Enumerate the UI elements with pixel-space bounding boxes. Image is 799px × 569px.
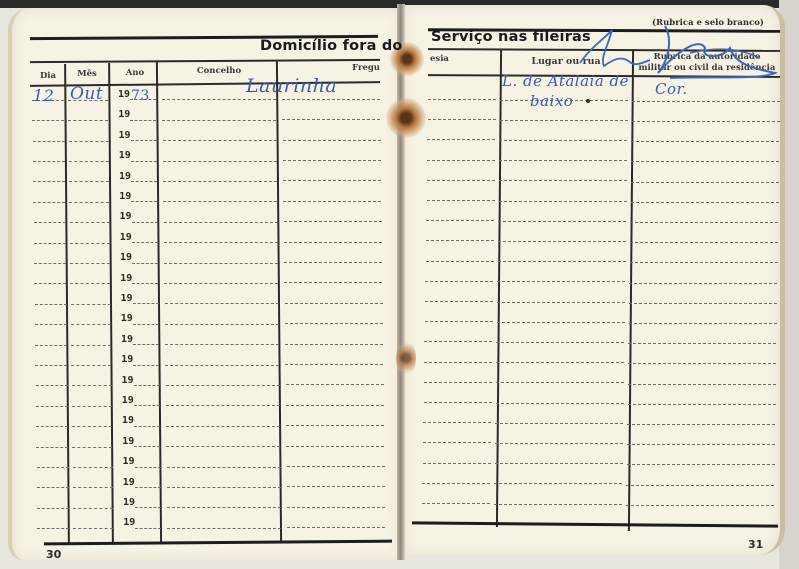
- year-prefix: 19: [123, 456, 135, 467]
- year-prefix: 19: [121, 293, 133, 304]
- row-dotted-line: [133, 365, 159, 366]
- year-prefix: 19: [122, 415, 134, 426]
- row-dotted-line: [71, 304, 111, 305]
- right-page-number: 31: [748, 538, 763, 551]
- row-dotted-line: [135, 467, 161, 468]
- row-dotted-line: [627, 444, 775, 445]
- row-dotted-line: [73, 487, 113, 488]
- row-dotted-line: [425, 301, 493, 302]
- row-dotted-line: [165, 344, 279, 345]
- row-dotted-line: [34, 283, 66, 284]
- row-dotted-line: [423, 422, 491, 423]
- row-dotted-line: [71, 324, 111, 325]
- row-dotted-line: [33, 141, 65, 142]
- row-dotted-line: [427, 160, 495, 161]
- row-dotted-line: [73, 508, 113, 509]
- row-dotted-line: [35, 324, 67, 325]
- row-dotted-line: [286, 405, 384, 406]
- row-dotted-line: [131, 140, 157, 141]
- left-page-number: 30: [46, 548, 61, 561]
- row-dotted-line: [283, 201, 381, 202]
- row-dotted-line: [167, 507, 281, 508]
- year-prefix: 19: [123, 497, 135, 508]
- row-dotted-line: [496, 342, 624, 343]
- row-dotted-line: [627, 424, 775, 425]
- row-dotted-line: [163, 140, 277, 141]
- row-dotted-line: [496, 403, 624, 404]
- row-dotted-line: [425, 321, 493, 322]
- row-dotted-line: [287, 527, 385, 528]
- row-dotted-line: [36, 447, 68, 448]
- row-dotted-line: [72, 447, 112, 448]
- year-prefix: 19: [122, 395, 134, 406]
- row-dotted-line: [631, 182, 779, 183]
- row-dotted-line: [134, 385, 160, 386]
- row-dotted-line: [166, 446, 280, 447]
- row-dotted-line: [35, 304, 67, 305]
- row-dotted-line: [628, 363, 776, 364]
- year-prefix: 19: [123, 477, 135, 488]
- row-dotted-line: [131, 161, 157, 162]
- year-prefix: 19: [122, 436, 134, 447]
- row-dotted-line: [284, 221, 382, 222]
- year-prefix: 19: [118, 89, 130, 100]
- row-dotted-line: [495, 463, 623, 464]
- row-dotted-line: [132, 222, 158, 223]
- year-prefix: 19: [120, 232, 132, 243]
- row-dotted-line: [499, 140, 627, 141]
- row-dotted-line: [162, 99, 276, 100]
- row-dotted-line: [165, 303, 279, 304]
- column-header-mes: Mês: [66, 69, 108, 79]
- row-dotted-line: [71, 365, 111, 366]
- row-dotted-line: [497, 281, 625, 282]
- year-prefix: 19: [121, 354, 133, 365]
- year-prefix: 19: [119, 150, 131, 161]
- row-dotted-line: [499, 180, 627, 181]
- row-dotted-line: [422, 503, 490, 504]
- entry-ano-suffix: 73: [131, 88, 150, 104]
- row-dotted-line: [282, 99, 380, 100]
- entry-mes: Out: [70, 84, 103, 104]
- row-dotted-line: [428, 119, 496, 120]
- row-dotted-line: [162, 120, 276, 121]
- year-prefix: 19: [121, 334, 133, 345]
- row-dotted-line: [70, 283, 110, 284]
- row-dotted-line: [498, 221, 626, 222]
- row-dotted-line: [284, 262, 382, 263]
- row-dotted-line: [494, 504, 622, 505]
- row-dotted-line: [422, 483, 490, 484]
- row-dotted-line: [70, 222, 110, 223]
- row-dotted-line: [423, 463, 491, 464]
- row-dotted-line: [70, 263, 110, 264]
- row-dotted-line: [629, 323, 777, 324]
- row-dotted-line: [631, 161, 779, 162]
- row-dotted-line: [36, 426, 68, 427]
- row-dotted-line: [631, 202, 779, 203]
- row-dotted-line: [69, 161, 109, 162]
- row-dotted-line: [72, 385, 112, 386]
- row-dotted-line: [628, 343, 776, 344]
- row-dotted-line: [69, 181, 109, 182]
- row-dotted-line: [627, 464, 775, 465]
- row-dotted-line: [163, 201, 277, 202]
- row-dotted-line: [287, 466, 385, 467]
- row-dotted-line: [164, 283, 278, 284]
- book-spine: [397, 4, 405, 560]
- row-dotted-line: [285, 364, 383, 365]
- row-dotted-line: [34, 263, 66, 264]
- row-dotted-line: [630, 262, 778, 263]
- ink-dot: [586, 99, 590, 103]
- row-dotted-line: [164, 263, 278, 264]
- row-dotted-line: [37, 467, 69, 468]
- row-dotted-line: [133, 303, 159, 304]
- row-dotted-line: [426, 240, 494, 241]
- row-dotted-line: [37, 528, 69, 529]
- row-dotted-line: [165, 365, 279, 366]
- row-dotted-line: [166, 385, 280, 386]
- row-dotted-line: [163, 161, 277, 162]
- row-dotted-line: [629, 283, 777, 284]
- row-dotted-line: [498, 241, 626, 242]
- row-dotted-line: [130, 120, 156, 121]
- row-dotted-line: [496, 382, 624, 383]
- row-dotted-line: [70, 243, 110, 244]
- row-dotted-line: [283, 140, 381, 141]
- row-dotted-line: [69, 202, 109, 203]
- row-dotted-line: [163, 181, 277, 182]
- row-dotted-line: [132, 242, 158, 243]
- row-dotted-line: [132, 263, 158, 264]
- row-dotted-line: [424, 382, 492, 383]
- row-dotted-line: [134, 446, 160, 447]
- signature-icon: [560, 18, 790, 98]
- row-dotted-line: [69, 141, 109, 142]
- year-prefix: 19: [119, 191, 131, 202]
- row-dotted-line: [283, 160, 381, 161]
- row-dotted-line: [166, 426, 280, 427]
- row-dotted-line: [134, 426, 160, 427]
- row-dotted-line: [285, 323, 383, 324]
- row-dotted-line: [628, 404, 776, 405]
- row-dotted-line: [287, 507, 385, 508]
- row-dotted-line: [73, 528, 113, 529]
- row-dotted-line: [32, 120, 64, 121]
- row-dotted-line: [626, 505, 774, 506]
- row-dotted-line: [424, 402, 492, 403]
- row-dotted-line: [164, 222, 278, 223]
- row-dotted-line: [628, 384, 776, 385]
- row-dotted-line: [37, 487, 69, 488]
- year-prefix: 19: [122, 375, 134, 386]
- row-dotted-line: [33, 181, 65, 182]
- row-dotted-line: [423, 442, 491, 443]
- row-dotted-line: [427, 180, 495, 181]
- row-dotted-line: [164, 242, 278, 243]
- rust-stain-icon: [396, 340, 416, 376]
- column-header-freguesia-cont: esia: [430, 54, 460, 64]
- row-dotted-line: [284, 242, 382, 243]
- row-dotted-line: [632, 121, 780, 122]
- row-dotted-line: [424, 362, 492, 363]
- row-dotted-line: [135, 507, 161, 508]
- row-dotted-line: [131, 181, 157, 182]
- year-prefix: 19: [119, 130, 131, 141]
- row-dotted-line: [632, 101, 780, 102]
- row-dotted-line: [286, 425, 384, 426]
- row-dotted-line: [35, 365, 67, 366]
- row-dotted-line: [33, 202, 65, 203]
- row-dotted-line: [72, 426, 112, 427]
- row-dotted-line: [497, 322, 625, 323]
- row-dotted-line: [424, 341, 492, 342]
- row-dotted-line: [134, 405, 160, 406]
- row-dotted-line: [425, 281, 493, 282]
- row-dotted-line: [72, 406, 112, 407]
- row-dotted-line: [37, 508, 69, 509]
- year-prefix: 19: [119, 171, 131, 182]
- row-dotted-line: [286, 384, 384, 385]
- row-dotted-line: [284, 282, 382, 283]
- row-dotted-line: [36, 385, 68, 386]
- entry-concelho: Laurinha: [246, 75, 337, 97]
- row-dotted-line: [428, 99, 496, 100]
- row-dotted-line: [135, 528, 161, 529]
- row-dotted-line: [495, 423, 623, 424]
- row-dotted-line: [286, 446, 384, 447]
- row-dotted-line: [133, 344, 159, 345]
- year-prefix: 19: [118, 109, 130, 120]
- year-prefix: 19: [123, 517, 135, 528]
- row-dotted-line: [494, 483, 622, 484]
- row-dotted-line: [499, 160, 627, 161]
- entry-dia: 12: [33, 86, 54, 105]
- row-dotted-line: [427, 200, 495, 201]
- row-dotted-line: [135, 487, 161, 488]
- row-dotted-line: [131, 201, 157, 202]
- row-dotted-line: [497, 302, 625, 303]
- column-header-dia: Dia: [30, 71, 66, 81]
- year-prefix: 19: [120, 252, 132, 263]
- row-dotted-line: [499, 201, 627, 202]
- row-dotted-line: [166, 405, 280, 406]
- row-dotted-line: [496, 362, 624, 363]
- row-dotted-line: [500, 120, 628, 121]
- left-section-title: Domicílio fora do: [260, 38, 403, 54]
- row-dotted-line: [36, 406, 68, 407]
- row-dotted-line: [34, 222, 66, 223]
- row-dotted-line: [68, 120, 108, 121]
- row-dotted-line: [630, 222, 778, 223]
- row-dotted-line: [133, 324, 159, 325]
- row-dotted-line: [426, 220, 494, 221]
- row-dotted-line: [167, 467, 281, 468]
- row-dotted-line: [631, 141, 779, 142]
- year-prefix: 19: [120, 273, 132, 284]
- row-dotted-line: [630, 242, 778, 243]
- year-prefix: 19: [120, 211, 132, 222]
- row-dotted-line: [285, 303, 383, 304]
- row-dotted-line: [165, 324, 279, 325]
- year-prefix: 19: [121, 313, 133, 324]
- row-dotted-line: [427, 139, 495, 140]
- row-dotted-line: [285, 344, 383, 345]
- row-dotted-line: [426, 261, 494, 262]
- row-dotted-line: [33, 161, 65, 162]
- column-header-ano: Ano: [112, 68, 158, 78]
- row-dotted-line: [167, 528, 281, 529]
- row-dotted-line: [71, 345, 111, 346]
- rust-stain-icon: [386, 98, 426, 138]
- row-dotted-line: [167, 487, 281, 488]
- row-dotted-line: [73, 467, 113, 468]
- row-dotted-line: [35, 345, 67, 346]
- row-dotted-line: [629, 303, 777, 304]
- row-dotted-line: [282, 119, 380, 120]
- row-dotted-line: [495, 443, 623, 444]
- row-dotted-line: [626, 485, 774, 486]
- row-dotted-line: [498, 261, 626, 262]
- row-dotted-line: [283, 180, 381, 181]
- column-header-freguesia: Fregu: [340, 63, 380, 73]
- row-dotted-line: [287, 486, 385, 487]
- row-dotted-line: [132, 283, 158, 284]
- row-dotted-line: [34, 243, 66, 244]
